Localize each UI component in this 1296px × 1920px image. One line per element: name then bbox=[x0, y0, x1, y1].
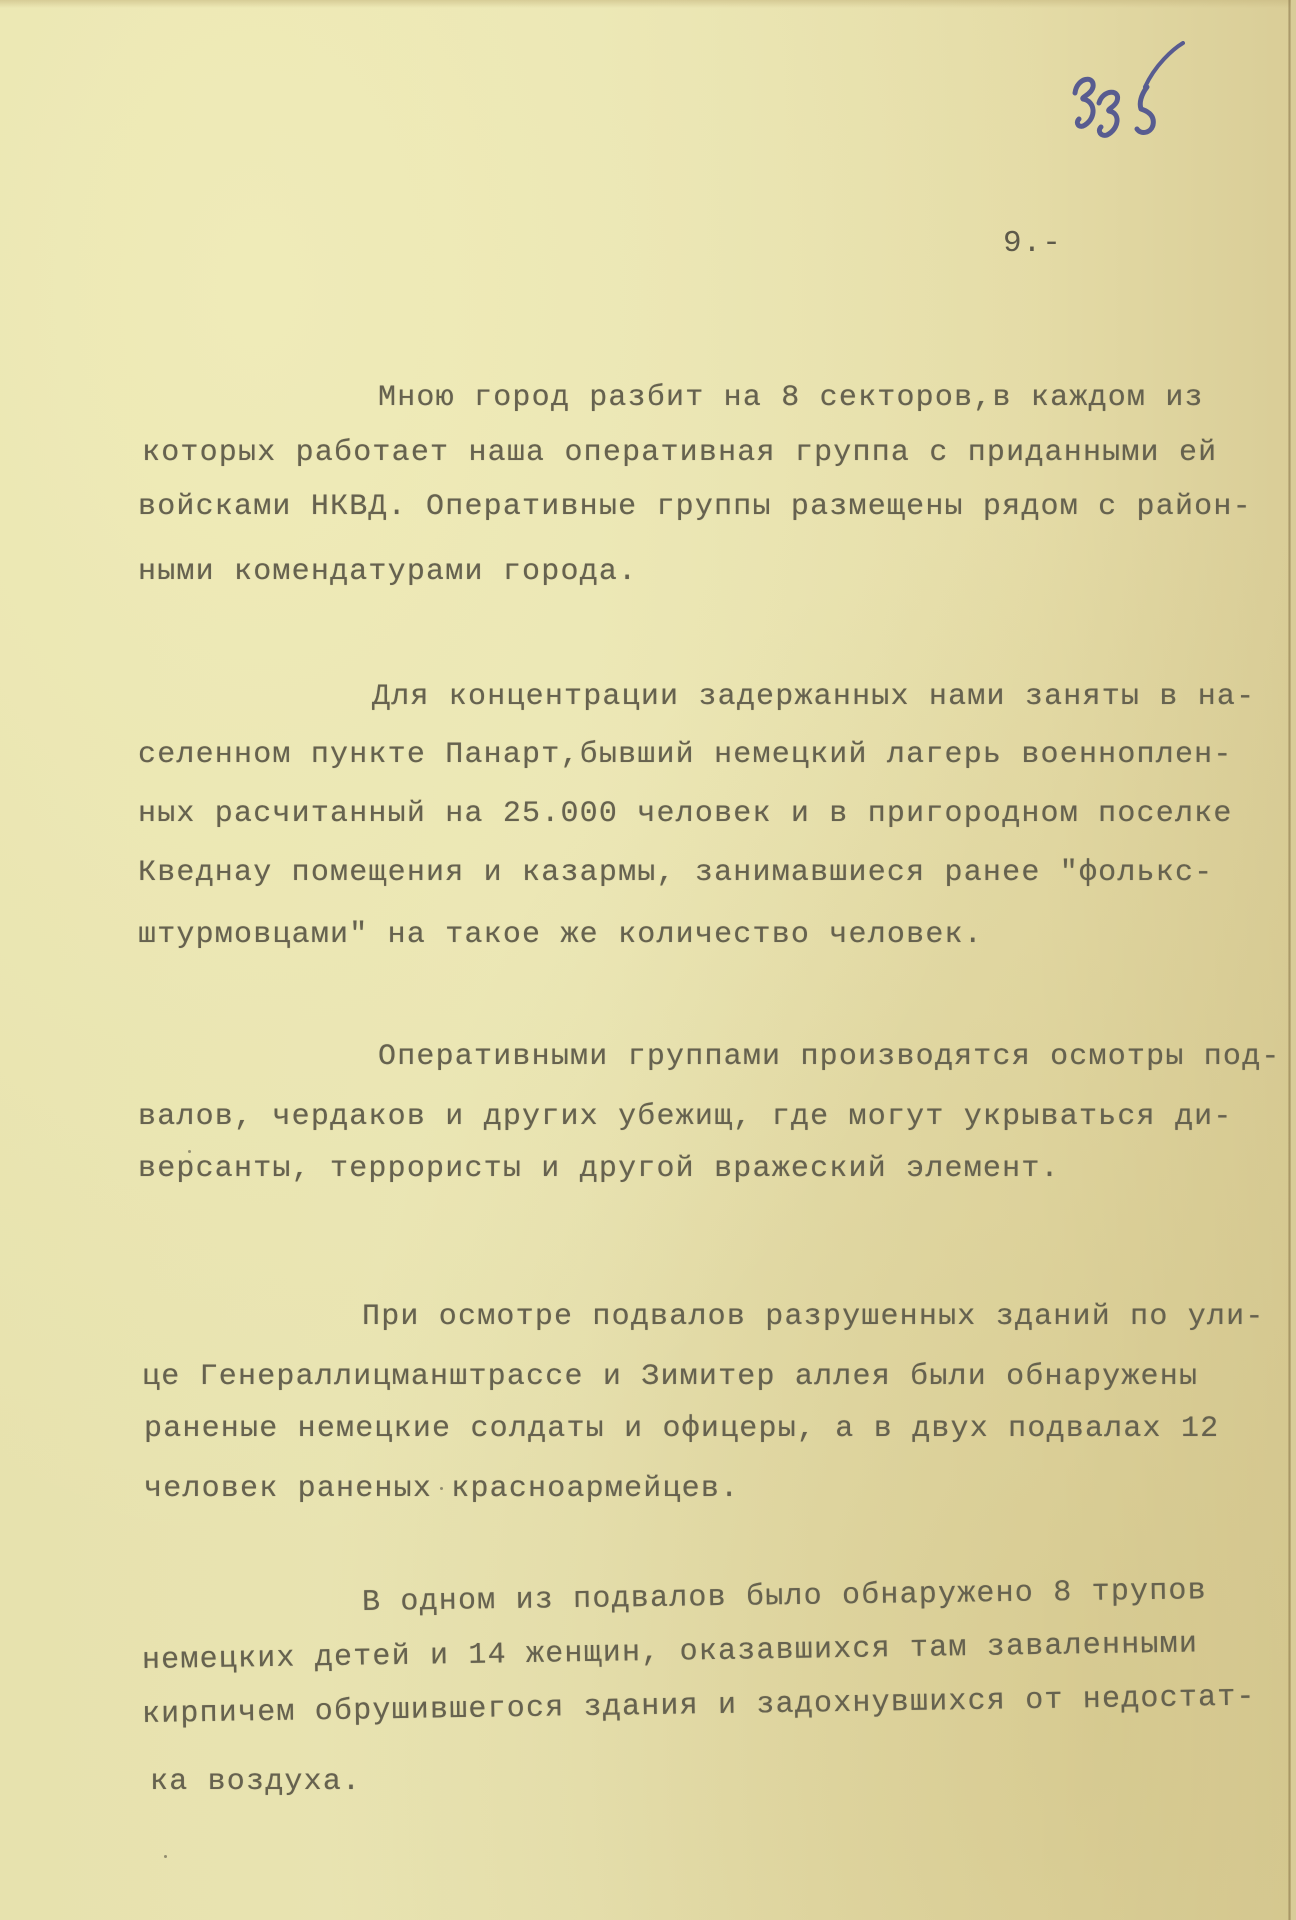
text-line: валов, чердаков и других убежищ, где мог… bbox=[138, 1100, 1233, 1134]
paper-speck bbox=[164, 1855, 167, 1858]
text-line: Для концентрации задержанных нами заняты… bbox=[372, 680, 1255, 714]
handwritten-folio-number: 335 bbox=[1055, 25, 1185, 145]
text-line: це Генераллицманштрассе и Зимитер аллея … bbox=[142, 1360, 1198, 1394]
text-line: Кведнау помещения и казармы, занимавшиес… bbox=[138, 856, 1213, 890]
paper-speck bbox=[440, 1487, 443, 1490]
text-line: войсками НКВД. Оперативные группы размещ… bbox=[138, 490, 1252, 524]
text-line: Мною город разбит на 8 секторов,в каждом… bbox=[378, 381, 1204, 415]
text-line: штурмовцами" на такое же количество чело… bbox=[138, 918, 983, 952]
document-page: 335 9.- Мною город разбит на 8 секторов,… bbox=[0, 0, 1296, 1920]
text-line: В одном из подвалов было обнаружено 8 тр… bbox=[362, 1574, 1207, 1620]
paper-top-edge bbox=[0, 0, 1296, 8]
text-line: селенном пункте Панарт,бывший немецкий л… bbox=[138, 738, 1233, 772]
text-line: которых работает наша оперативная группа… bbox=[142, 436, 1217, 470]
text-line: кирпичем обрушившегося здания и задохнув… bbox=[142, 1681, 1256, 1732]
text-line: версанты, террористы и другой вражеский … bbox=[138, 1152, 1060, 1186]
text-line: Оперативными группами производятся осмот… bbox=[378, 1040, 1281, 1074]
text-line: При осмотре подвалов разрушенных зданий … bbox=[362, 1300, 1265, 1334]
text-line: немецких детей и 14 женщин, оказавшихся … bbox=[142, 1627, 1199, 1678]
text-line: ными комендатурами города. bbox=[138, 555, 637, 589]
page-number: 9.- bbox=[1003, 226, 1062, 261]
text-line: ка воздуха. bbox=[150, 1765, 361, 1799]
paper-right-edge bbox=[1291, 0, 1296, 1920]
text-line: раненые немецкие солдаты и офицеры, а в … bbox=[144, 1412, 1219, 1446]
paper-speck bbox=[188, 1150, 191, 1153]
text-line: ных расчитанный на 25.000 человек и в пр… bbox=[138, 797, 1233, 831]
